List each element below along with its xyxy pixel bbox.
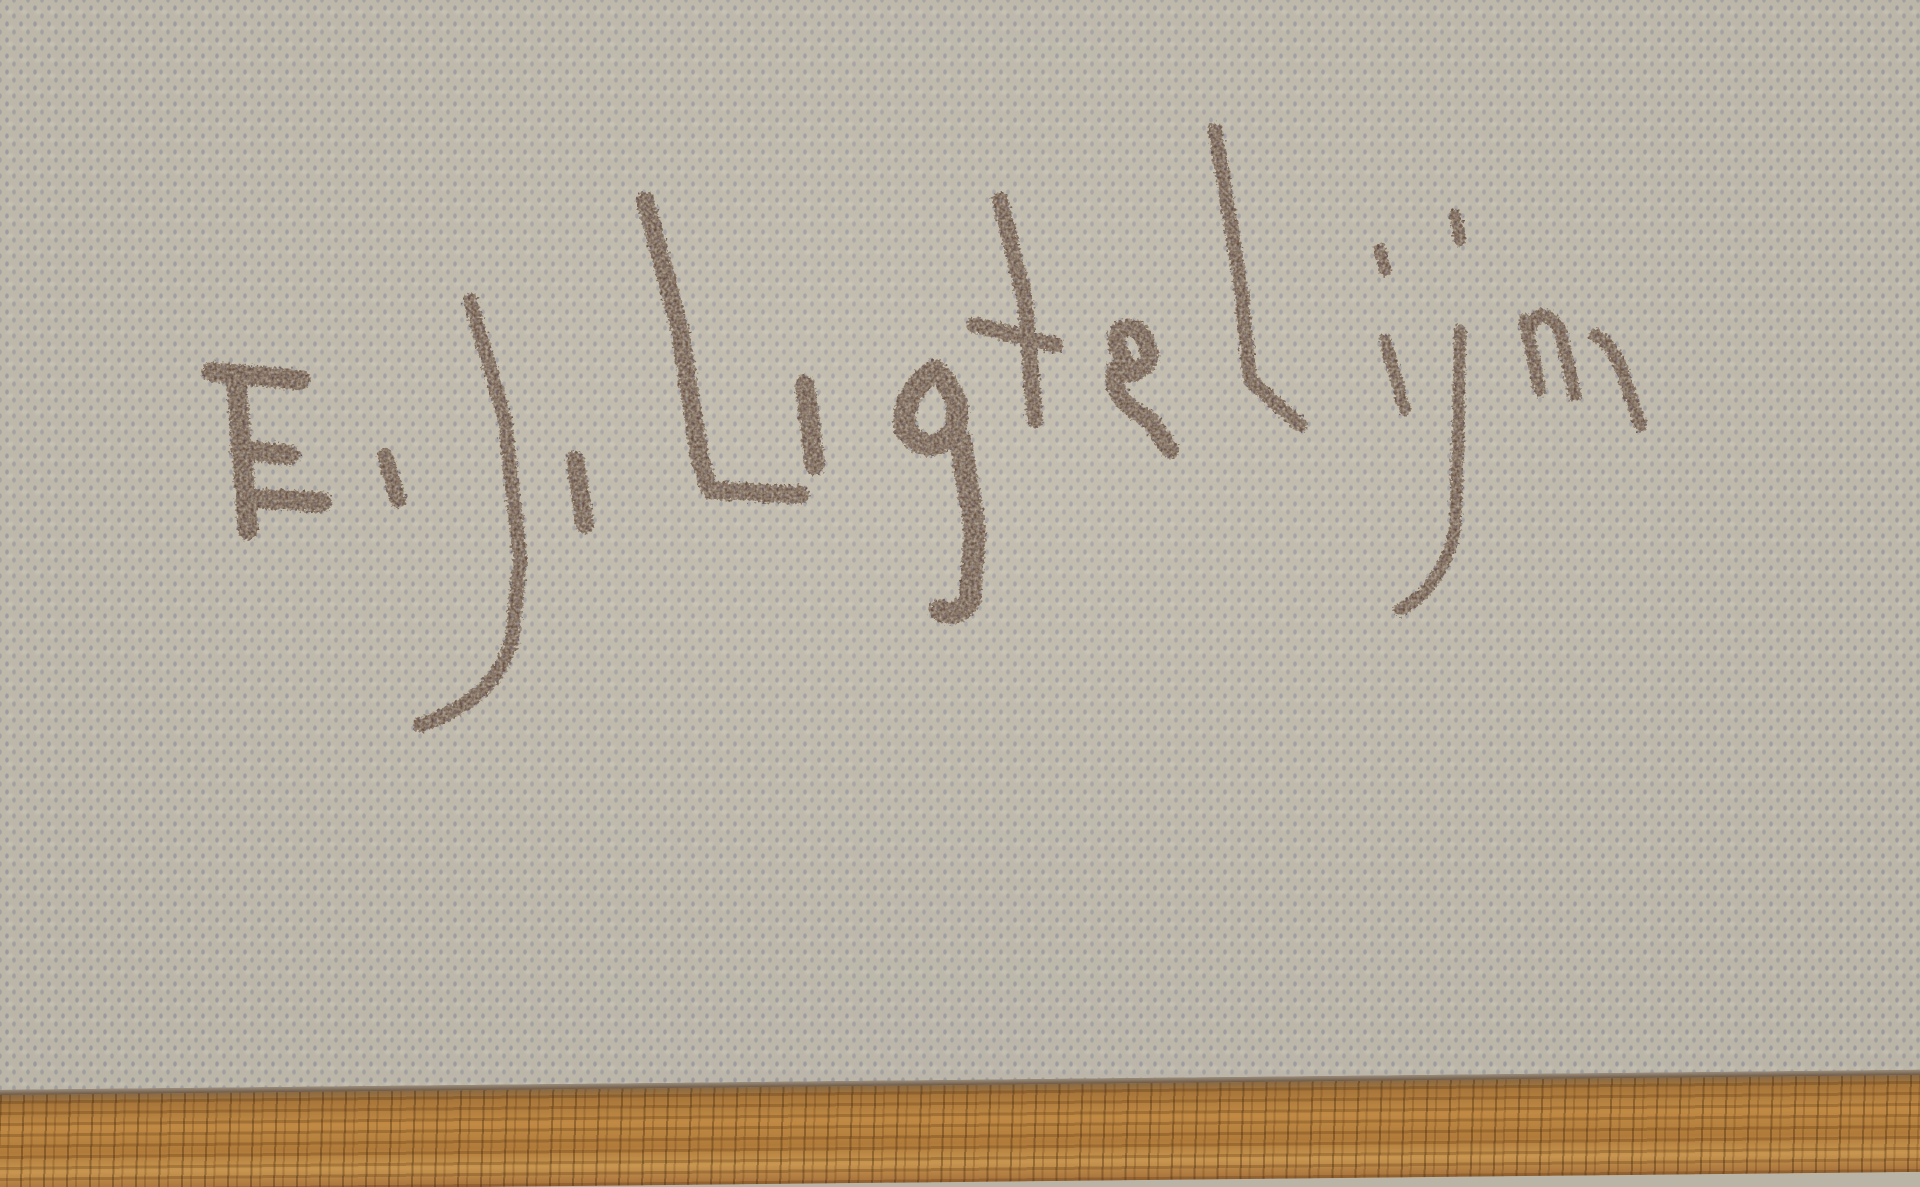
- gilded-frame-edge: [0, 1070, 1920, 1187]
- artist-signature: [0, 0, 1920, 1100]
